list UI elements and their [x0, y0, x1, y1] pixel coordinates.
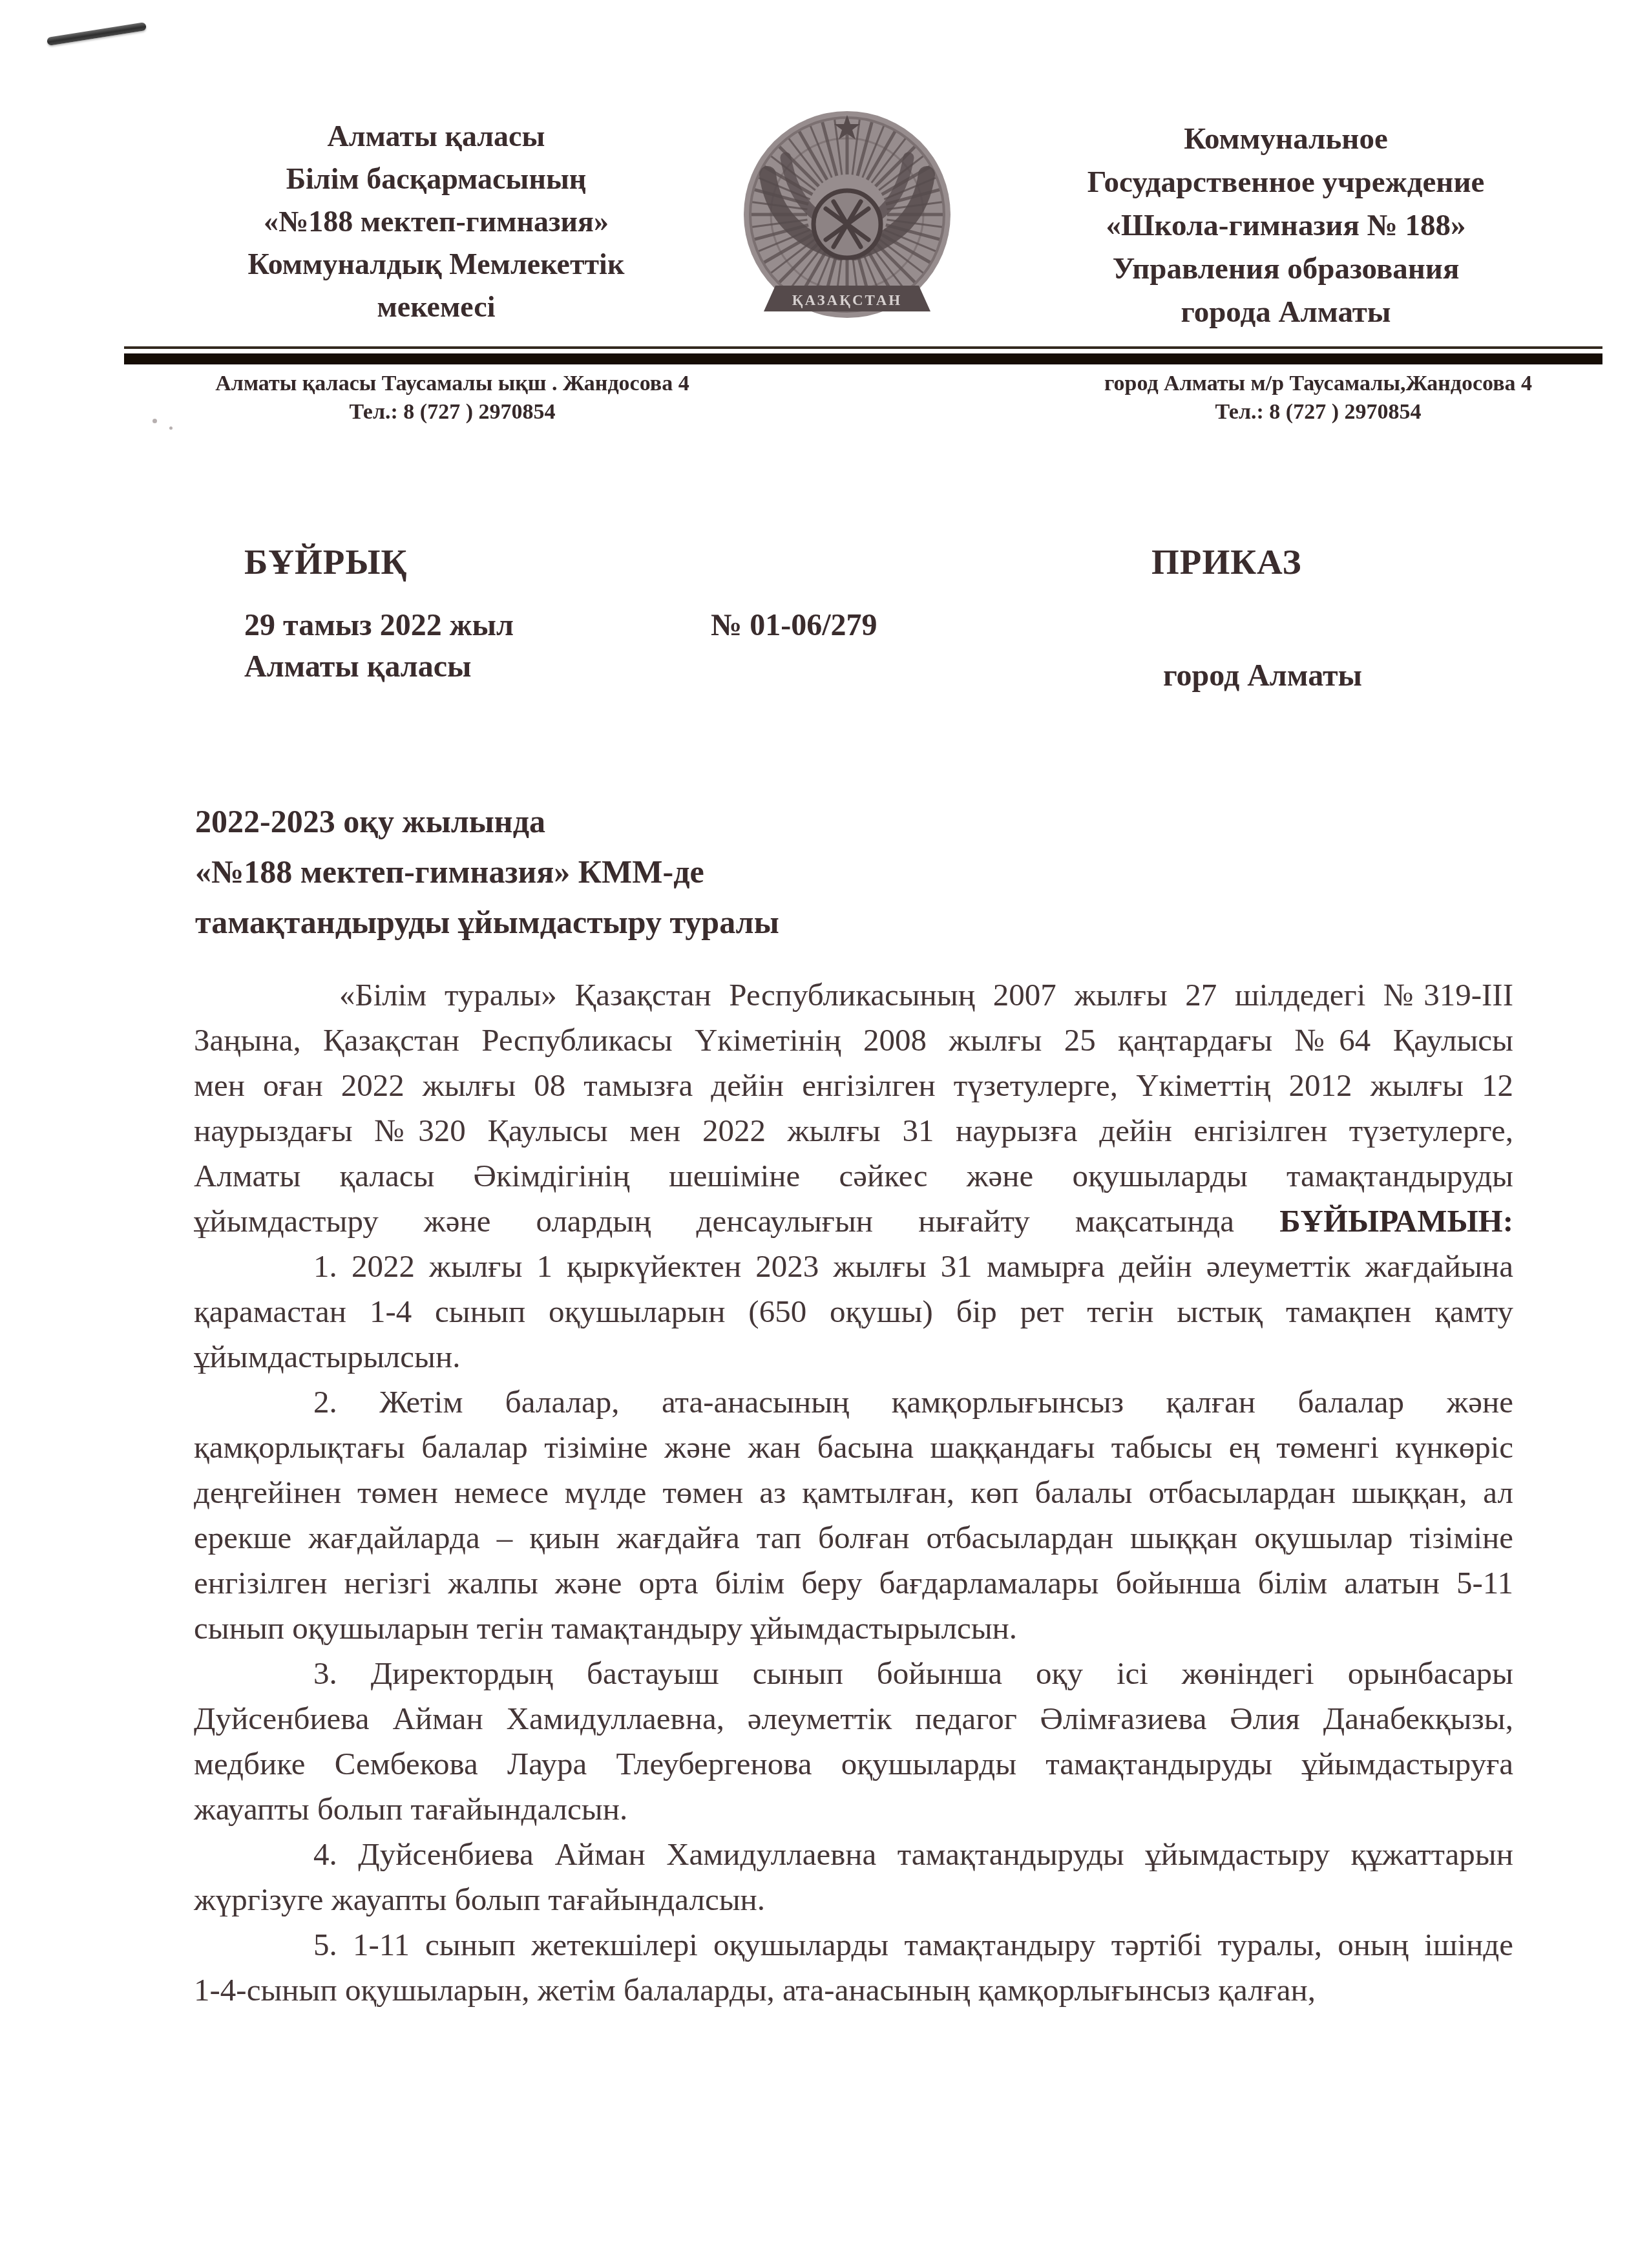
- org-ru-line: Управления образования: [995, 247, 1577, 291]
- org-ru-line: Государственное учреждение: [995, 161, 1577, 204]
- body-line: 5. 1-11 сынып жетекшілері оқушыларды там…: [194, 1922, 1513, 1968]
- emblem-banner-text: ҚАЗАҚСТАН: [792, 292, 902, 308]
- body-paragraph: 5. 1-11 сынып жетекшілері оқушыларды там…: [194, 1922, 1513, 2013]
- body-line: Заңына, Қазақстан Республикасы Үкіметіні…: [194, 1018, 1513, 1063]
- body-line: ерекше жағдайларда – қиын жағдайға тап б…: [194, 1515, 1513, 1560]
- body-line: «Білім туралы» Қазақстан Республикасының…: [194, 972, 1513, 1018]
- divider-rule-thick: [124, 353, 1602, 364]
- order-number: № 01-06/279: [711, 607, 877, 643]
- address-ru-line: Тел.: 8 (727 ) 2970854: [1073, 398, 1564, 426]
- body-paragraph: 4. Дуйсенбиева Айман Хамидуллаевна тамақ…: [194, 1832, 1513, 1922]
- body-line: жауапты болып тағайындалсын.: [194, 1787, 1513, 1832]
- address-kazakh: Алматы қаласы Таусамалы ықш . Жандосова …: [194, 370, 711, 426]
- divider-rule-thin: [124, 346, 1602, 349]
- subject-line: 2022-2023 оқу жылында: [195, 796, 779, 846]
- org-kk-line: Алматы қаласы: [165, 115, 708, 158]
- body-paragraph: 1. 2022 жылғы 1 қыркүйектен 2023 жылғы 3…: [194, 1244, 1513, 1380]
- order-title-russian: ПРИКАЗ: [1151, 541, 1301, 582]
- body-line: Дуйсенбиева Айман Хамидуллаевна, әлеумет…: [194, 1696, 1513, 1741]
- scan-speck: [152, 419, 157, 423]
- org-ru-line: «Школа-гимназия № 188»: [995, 204, 1577, 247]
- body-line: енгізілген негізгі жалпы және орта білім…: [194, 1560, 1513, 1606]
- scan-speck: [169, 426, 173, 430]
- body-paragraph: «Білім туралы» Қазақстан Республикасының…: [194, 972, 1513, 1244]
- body-line: қамқорлықтағы балалар тізіміне және жан …: [194, 1425, 1513, 1470]
- body-line: Алматы қаласы Әкімдігінің шешіміне сәйке…: [194, 1153, 1513, 1199]
- body-line: 4. Дуйсенбиева Айман Хамидуллаевна тамақ…: [194, 1832, 1513, 1877]
- org-ru-line: города Алматы: [995, 291, 1577, 334]
- order-city-kazakh: Алматы қаласы: [244, 649, 472, 684]
- body-line: сынып оқушыларын тегін тамақтандыру ұйым…: [194, 1606, 1513, 1651]
- org-kk-line: мекемесі: [165, 286, 708, 328]
- order-subject: 2022-2023 оқу жылында«№188 мектеп-гимназ…: [195, 796, 779, 947]
- address-kk-line: Тел.: 8 (727 ) 2970854: [194, 398, 711, 426]
- address-russian: город Алматы м/р Таусамалы,Жандосова 4Те…: [1073, 370, 1564, 426]
- kazakhstan-emblem-icon: ҚАЗАҚСТАН: [729, 92, 965, 328]
- order-body: «Білім туралы» Қазақстан Республикасының…: [194, 972, 1513, 2013]
- body-line: қарамастан 1-4 сынып оқушыларын (650 оқу…: [194, 1289, 1513, 1334]
- body-paragraph: 3. Директордың бастауыш сынып бойынша оқ…: [194, 1651, 1513, 1832]
- order-city-russian: город Алматы: [1163, 658, 1362, 693]
- body-line: 3. Директордың бастауыш сынып бойынша оқ…: [194, 1651, 1513, 1696]
- subject-line: «№188 мектеп-гимназия» КММ-де: [195, 846, 779, 897]
- body-line: 1. 2022 жылғы 1 қыркүйектен 2023 жылғы 3…: [194, 1244, 1513, 1289]
- body-line: 2. Жетім балалар, ата-анасының қамқорлығ…: [194, 1380, 1513, 1425]
- document-page: Алматы қаласыБілім басқармасының«№188 ме…: [0, 0, 1649, 2268]
- org-kk-line: Білім басқармасының: [165, 158, 708, 200]
- org-name-russian: КоммунальноеГосударственное учреждение«Ш…: [995, 118, 1577, 334]
- emphasized-word: БҰЙЫРАМЫН:: [1279, 1203, 1513, 1239]
- body-line: деңгейінен төмен немесе мүлде төмен аз қ…: [194, 1470, 1513, 1515]
- order-date: 29 тамыз 2022 жыл: [244, 607, 514, 643]
- body-line: медбике Сембекова Лаура Тлеубергенова оқ…: [194, 1741, 1513, 1787]
- body-line: жүргізуге жауапты болып тағайындалсын.: [194, 1877, 1513, 1922]
- body-line: ұйымдастыру және олардың денсаулығын нығ…: [194, 1199, 1513, 1244]
- org-name-kazakh: Алматы қаласыБілім басқармасының«№188 ме…: [165, 115, 708, 328]
- body-line: мен оған 2022 жылғы 08 тамызға дейін енг…: [194, 1063, 1513, 1108]
- body-line: 1-4-сынып оқушыларын, жетім балаларды, а…: [194, 1968, 1513, 2013]
- body-line: наурыздағы №320 Қаулысы мен 2022 жылғы 3…: [194, 1108, 1513, 1153]
- address-kk-line: Алматы қаласы Таусамалы ықш . Жандосова …: [194, 370, 711, 398]
- body-paragraph: 2. Жетім балалар, ата-анасының қамқорлығ…: [194, 1380, 1513, 1651]
- body-line: ұйымдастырылсын.: [194, 1334, 1513, 1380]
- subject-line: тамақтандыруды ұйымдастыру туралы: [195, 897, 779, 947]
- staple-mark: [47, 22, 147, 46]
- org-kk-line: Коммуналдық Мемлекеттік: [165, 243, 708, 286]
- order-title-kazakh: БҰЙРЫҚ: [244, 541, 407, 582]
- address-ru-line: город Алматы м/р Таусамалы,Жандосова 4: [1073, 370, 1564, 398]
- org-kk-line: «№188 мектеп-гимназия»: [165, 200, 708, 243]
- org-ru-line: Коммунальное: [995, 118, 1577, 161]
